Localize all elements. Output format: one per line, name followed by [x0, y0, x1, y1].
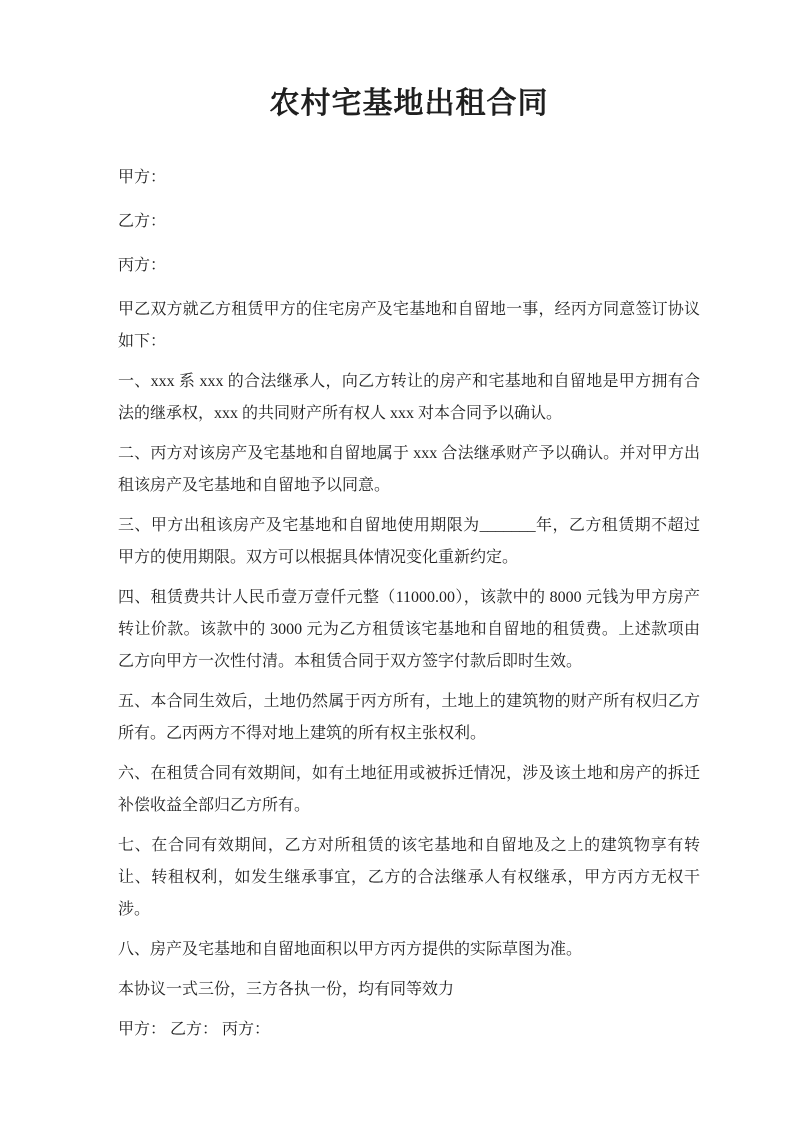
party-a-line: 甲方：: [118, 162, 700, 194]
clause-3: 三、甲方出租该房产及宅基地和自留地使用期限为_______年，乙方租赁期不超过甲…: [118, 510, 700, 574]
party-c-line: 丙方：: [118, 250, 700, 282]
closing-paragraph: 本协议一式三份，三方各执一份，均有同等效力: [118, 974, 700, 1006]
intro-paragraph: 甲乙双方就乙方租赁甲方的住宅房产及宅基地和自留地一事，经丙方同意签订协议如下：: [118, 294, 700, 358]
clause-8: 八、房产及宅基地和自留地面积以甲方丙方提供的实际草图为准。: [118, 934, 700, 966]
clause-2: 二、丙方对该房产及宅基地和自留地属于 xxx 合法继承财产予以确认。并对甲方出租…: [118, 438, 700, 502]
document-page: 农村宅基地出租合同 甲方： 乙方： 丙方： 甲乙双方就乙方租赁甲方的住宅房产及宅…: [0, 0, 793, 1122]
clause-1: 一、xxx 系 xxx 的合法继承人，向乙方转让的房产和宅基地和自留地是甲方拥有…: [118, 366, 700, 430]
document-title: 农村宅基地出租合同: [118, 86, 700, 122]
clause-5: 五、本合同生效后，土地仍然属于丙方所有，土地上的建筑物的财产所有权归乙方所有。乙…: [118, 686, 700, 750]
signature-line: 甲方： 乙方： 丙方：: [118, 1014, 700, 1046]
clause-7: 七、在合同有效期间，乙方对所租赁的该宅基地和自留地及之上的建筑物享有转让、转租权…: [118, 830, 700, 926]
clause-4: 四、租赁费共计人民币壹万壹仟元整（11000.00），该款中的 8000 元钱为…: [118, 582, 700, 678]
party-b-line: 乙方：: [118, 206, 700, 238]
clause-6: 六、在租赁合同有效期间，如有土地征用或被拆迁情况，涉及该土地和房产的拆迁补偿收益…: [118, 758, 700, 822]
